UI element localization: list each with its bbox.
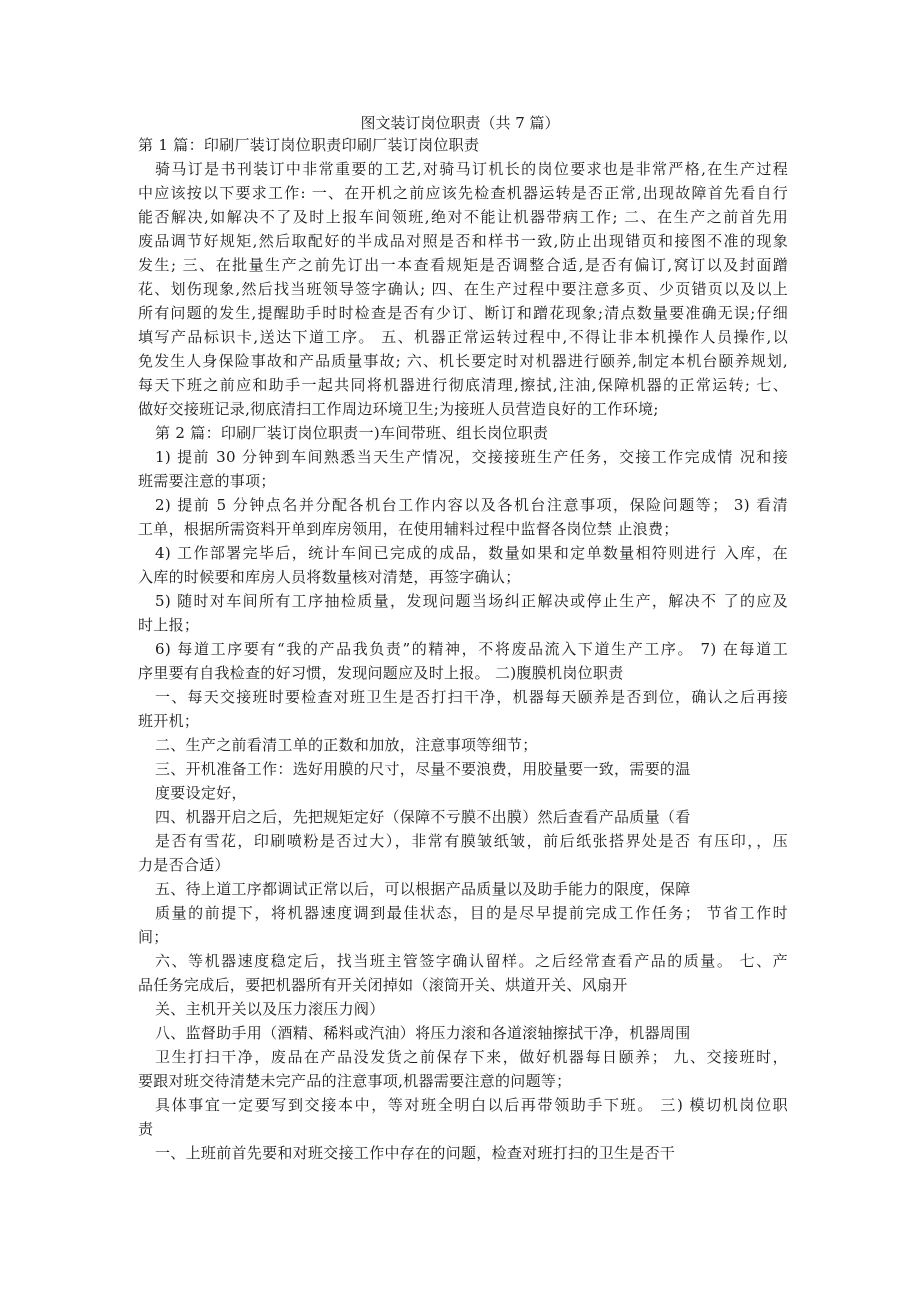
text-line: 责: [138, 1117, 788, 1141]
text-line: 工单，根据所需资料开单到库房领用，在使用辅料过程中监督各岗位禁 止浪费；: [138, 517, 788, 541]
text-line: 发生; 三、在批量生产之前先订出一本查看规矩是否调整合适,是否有偏订,窝订以及封…: [138, 253, 788, 277]
text-line: 卫生打扫干净，废品在产品没发货之前保存下来，做好机器每日颐养； 九、交接班时，: [138, 1045, 788, 1069]
text-line: 能否解决,如解决不了及时上报车间领班,绝对不能让机器带病工作; 二、在生产之前首…: [138, 205, 788, 229]
text-line: 骑马订是书刊装订中非常重要的工艺,对骑马订机长的岗位要求也是非常严格,在生产过程: [138, 157, 788, 181]
text-line: 是否有雪花，印刷喷粉是否过大），非常有膜皱纸皱，前后纸张搭界处是否 有压印，，压: [138, 829, 788, 853]
text-line: 质量的前提下，将机器速度调到最佳状态，目的是尽早提前完成工作任务； 节省工作时: [138, 901, 788, 925]
text-line: 第 1 篇：印刷厂装订岗位职责印刷厂装订岗位职责: [138, 133, 788, 157]
text-line: 度要设定好，: [138, 781, 788, 805]
text-line: 力是否合适）: [138, 853, 788, 877]
text-line: 所有问题的发生,提醒助手时时检查是否有少订、断订和蹭花现象;清点数量要准确无误;…: [138, 301, 788, 325]
document-page: 图文装订岗位职责（共 7 篇） 第 1 篇：印刷厂装订岗位职责印刷厂装订岗位职责…: [0, 0, 920, 1302]
text-line: 入库的时候要和库房人员将数量核对清楚，再签字确认；: [138, 565, 788, 589]
text-line: 4) 工作部署完毕后，统计车间已完成的成品，数量如果和定单数量相符则进行 入库，…: [138, 541, 788, 565]
text-line: 每天下班之前应和助手一起共同将机器进行彻底清理,擦拭,注油,保障机器的正常运转;…: [138, 373, 788, 397]
text-line: 五、待上道工序都调试正常以后，可以根据产品质量以及助手能力的限度，保障: [138, 877, 788, 901]
text-line: 二、生产之前看清工单的正数和加放，注意事项等细节；: [138, 733, 788, 757]
text-line: 废品调节好规矩,然后取配好的半成品对照是否和样书一致,防止出现错页和接图不准的现…: [138, 229, 788, 253]
text-line: 时上报；: [138, 613, 788, 637]
text-line: 班开机；: [138, 709, 788, 733]
text-line: 免发生人身保险事故和产品质量事故; 六、机长要定时对机器进行颐养,制定本机台颐养…: [138, 349, 788, 373]
text-line: 一、每天交接班时要检查对班卫生是否打扫干净，机器每天颐养是否到位，确认之后再接: [138, 685, 788, 709]
text-line: 四、机器开启之后，先把规矩定好（保障不亏膜不出膜）然后查看产品质量（看: [138, 805, 788, 829]
text-line: 班需要注意的事项；: [138, 469, 788, 493]
text-line: 1) 提前 30 分钟到车间熟悉当天生产情况，交接接班生产任务，交接工作完成情 …: [138, 445, 788, 469]
text-line: 序里要有自我检查的好习惯，发现问题应及时上报。 二)腹膜机岗位职责: [138, 661, 788, 685]
text-line: 三、开机准备工作：选好用膜的尺寸，尽量不要浪费，用胶量要一致，需要的温: [138, 757, 788, 781]
text-line: 八、监督助手用（酒精、稀料或汽油）将压力滚和各道滚轴擦拭干净，机器周围: [138, 1021, 788, 1045]
text-line: 一、上班前首先要和对班交接工作中存在的问题，检查对班打扫的卫生是否干: [138, 1141, 788, 1165]
text-line: 第 2 篇：印刷厂装订岗位职责一)车间带班、组长岗位职责: [138, 421, 788, 445]
text-line: 做好交接班记录,彻底清扫工作周边环境卫生;为接班人员营造良好的工作环境;: [138, 397, 788, 421]
text-line: 要跟对班交待清楚未完产品的注意事项,机器需要注意的问题等；: [138, 1069, 788, 1093]
text-line: 六、等机器速度稳定后，找当班主管签字确认留样。之后经常查看产品的质量。 七、产: [138, 949, 788, 973]
text-line: 5) 随时对车间所有工序抽检质量，发现问题当场纠正解决或停止生产，解决不 了的应…: [138, 589, 788, 613]
text-line: 花、划伤现象,然后找当班领导签字确认; 四、在生产过程中要注意多页、少页错页以及…: [138, 277, 788, 301]
text-line: 中应该按以下要求工作: 一、在开机之前应该先检查机器运转是否正常,出现故障首先看…: [138, 181, 788, 205]
text-line: 2) 提前 5 分钟点名并分配各机台工作内容以及各机台注意事项，保险问题等； 3…: [138, 493, 788, 517]
text-line: 填写产品标识卡,送达下道工序。 五、机器正常运转过程中,不得让非本机操作人员操作…: [138, 325, 788, 349]
text-line: 品任务完成后，要把机器所有开关闭掉如（滚筒开关、烘道开关、风扇开: [138, 973, 788, 997]
document-title: 图文装订岗位职责（共 7 篇）: [0, 111, 920, 135]
text-line: 间；: [138, 925, 788, 949]
text-line: 关、主机开关以及压力滚压力阀）: [138, 997, 788, 1021]
text-line: 6) 每道工序要有“我的产品我负责”的精神，不将废品流入下道生产工序。 7) 在…: [138, 637, 788, 661]
document-body: 第 1 篇：印刷厂装订岗位职责印刷厂装订岗位职责骑马订是书刊装订中非常重要的工艺…: [138, 133, 788, 1165]
text-line: 具体事宜一定要写到交接本中，等对班全明白以后再带领助手下班。 三) 模切机岗位职: [138, 1093, 788, 1117]
